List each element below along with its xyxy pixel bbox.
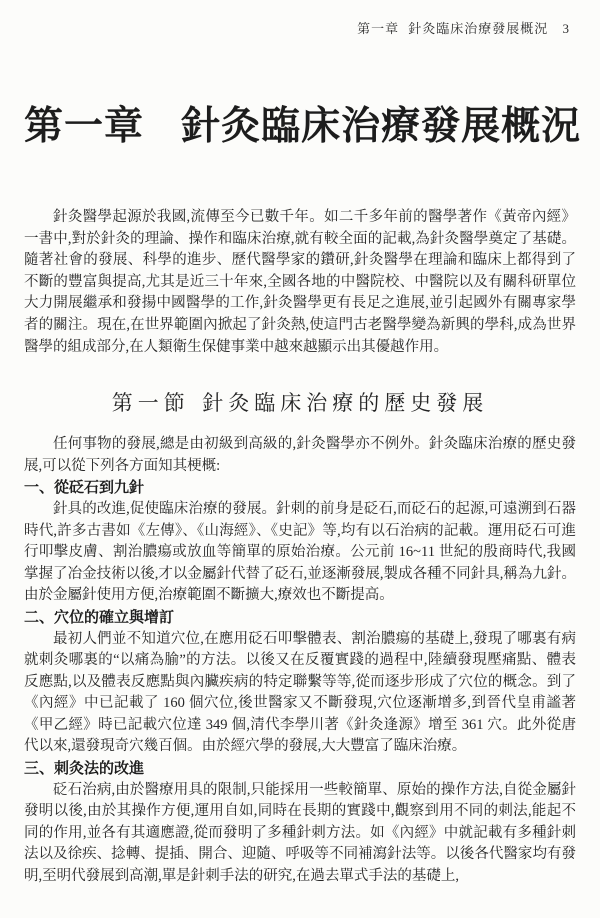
book-page: 第一章針灸臨床治療發展概況3 第一章針灸臨床治療發展概況 針灸醫學起源於我國,流… [0,0,600,918]
section-title-text: 針灸臨床治療的歷史發展 [202,391,488,415]
subsection-body-2: 最初人們並不知道穴位,在應用砭石叩擊體表、割治膿瘍的基礎上,發現了哪裏有病就刺灸… [24,629,576,759]
chapter-title: 第一章針灸臨床治療發展概況 [24,95,576,151]
running-header-chapter-label: 第一章 [357,21,399,36]
section-intro-paragraph: 任何事物的發展,總是由初級到高級的,針灸醫學亦不例外。針灸臨床治療的歷史發展,可… [24,434,576,477]
subsection-body-1: 針具的改進,促使臨床治療的發展。針刺的前身是砭石,而砭石的起源,可遠溯到石器時代… [24,499,576,607]
section-title: 第一節針灸臨床治療的歷史發展 [24,387,576,417]
section-label: 第一節 [112,391,190,415]
subsection-heading-1: 一、從砭石到九針 [24,477,576,499]
chapter-title-text: 針灸臨床治療發展概況 [181,105,581,148]
page-number: 3 [563,21,571,36]
subsection-heading-2: 二、穴位的確立與增訂 [24,607,576,629]
running-header: 第一章針灸臨床治療發展概況3 [24,18,576,37]
subsection-heading-3: 三、刺灸法的改進 [24,758,576,780]
subsection-body-3: 砭石治病,由於醫療用具的限制,只能採用一些較簡單、原始的操作方法,自從金屬針發明… [24,780,576,888]
chapter-label: 第一章 [24,105,144,148]
intro-paragraph: 針灸醫學起源於我國,流傳至今已數千年。如二千多年前的醫學著作《黃帝內經》一書中,… [24,207,576,358]
running-header-title: 針灸臨床治療發展概況 [408,21,548,36]
